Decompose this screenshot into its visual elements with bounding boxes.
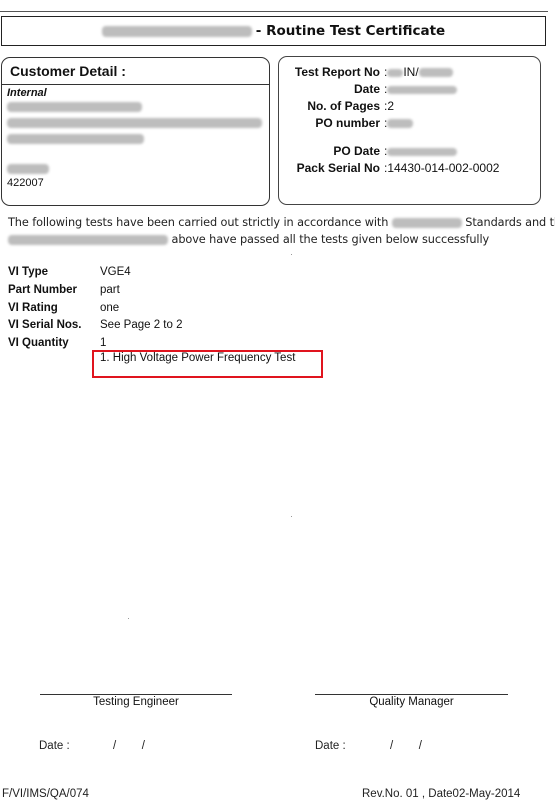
- revision-info: Rev.No. 01 , Date02-May-2014: [362, 788, 520, 800]
- certificate-title-box: - Routine Test Certificate: [1, 16, 546, 46]
- customer-detail-heading: Customer Detail :: [10, 63, 126, 79]
- vi-serial-label: VI Serial Nos.: [8, 319, 82, 331]
- vi-type-value: VGE4: [100, 266, 131, 278]
- redacted-address-line: [7, 134, 144, 144]
- statement-line-1: The following tests have been carried ou…: [8, 216, 555, 229]
- pages-value: :2: [384, 99, 394, 113]
- part-number-label: Part Number: [8, 284, 77, 296]
- redacted-product-name: [8, 235, 168, 245]
- redacted-company-name: [102, 26, 252, 37]
- testing-engineer-label: Testing Engineer: [40, 696, 232, 708]
- redacted-address-line: [7, 164, 49, 174]
- testing-engineer-date-separators: / /: [113, 740, 145, 752]
- customer-detail-header: Customer Detail :: [2, 58, 269, 85]
- part-number-value: part: [100, 284, 120, 296]
- vi-type-label: VI Type: [8, 266, 48, 278]
- highlight-box: [92, 350, 323, 378]
- pack-serial-label: Pack Serial No: [297, 161, 380, 175]
- customer-detail-box: Customer Detail : Internal 422007: [1, 57, 270, 206]
- customer-type: Internal: [7, 87, 47, 99]
- form-code: F/VI/IMS/QA/074: [2, 788, 89, 800]
- redacted-address-line: [7, 118, 262, 128]
- quality-manager-label: Quality Manager: [315, 696, 508, 708]
- vi-quantity-value: 1: [100, 337, 106, 349]
- info-row-date: Date :: [279, 82, 540, 98]
- vi-rating-label: VI Rating: [8, 302, 58, 314]
- info-row-test-report-no: Test Report No :IN/: [279, 65, 540, 81]
- redacted-standard-name: [392, 218, 462, 228]
- test-report-no-value: :IN/: [384, 65, 453, 79]
- info-row-pages: No. of Pages :2: [279, 99, 540, 115]
- report-info-box: Test Report No :IN/ Date : No. of Pages …: [278, 56, 541, 205]
- vi-quantity-label: VI Quantity: [8, 337, 69, 349]
- date-label: Date: [354, 82, 380, 96]
- info-row-po-date: PO Date :: [279, 144, 540, 160]
- quality-manager-date-separators: / /: [390, 740, 422, 752]
- vi-rating-value: one: [100, 302, 119, 314]
- info-row-po-number: PO number :: [279, 116, 540, 132]
- certificate-title: - Routine Test Certificate: [256, 23, 445, 39]
- info-row-pack-serial: Pack Serial No :14430-014-002-0002: [279, 161, 540, 177]
- pack-serial-value: :14430-014-002-0002: [384, 161, 499, 175]
- quality-manager-date-label: Date :: [315, 740, 346, 752]
- date-value: :: [384, 82, 457, 96]
- testing-engineer-signature-line: [40, 694, 232, 695]
- po-number-label: PO number: [315, 116, 380, 130]
- statement-line-2: above have passed all the tests given be…: [8, 233, 489, 246]
- testing-engineer-date-label: Date :: [39, 740, 70, 752]
- po-number-value: :: [384, 116, 413, 130]
- vi-serial-value: See Page 2 to 2: [100, 319, 182, 331]
- po-date-value: :: [384, 144, 457, 158]
- po-date-label: PO Date: [333, 144, 380, 158]
- test-report-no-label: Test Report No: [295, 65, 380, 79]
- redacted-address-line: [7, 102, 142, 112]
- pages-label: No. of Pages: [307, 99, 380, 113]
- quality-manager-signature-line: [315, 694, 508, 695]
- customer-pincode: 422007: [7, 177, 44, 189]
- top-rule: [0, 11, 548, 12]
